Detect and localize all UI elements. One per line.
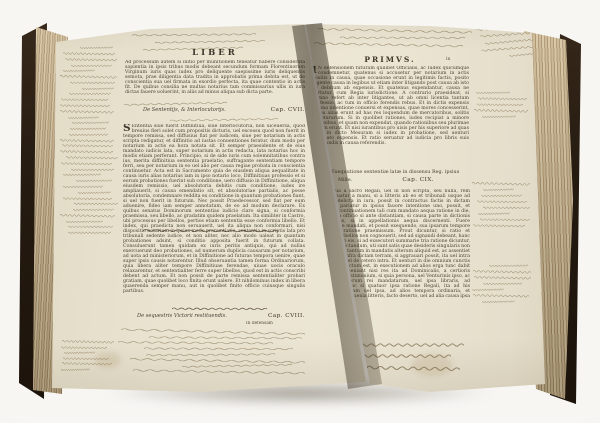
chapter-109-number: Cap. CIX. xyxy=(402,177,434,183)
chapter-108-number: Cap. CVIII. xyxy=(268,313,305,319)
right-opening-paragraph: IN defensionem futuram quilibet Official… xyxy=(312,66,469,163)
folio-mark: in xyxy=(446,57,466,62)
left-opening-paragraph: Ad processum autem si initio per munitio… xyxy=(125,60,305,99)
marginalia-left-column xyxy=(60,44,118,334)
chapter-108-subline: In defensam xyxy=(246,321,306,326)
reader-ink-overline-1 xyxy=(128,227,296,234)
marginalia-right-margin-2 xyxy=(472,180,532,256)
marginalia-interline-2 xyxy=(125,116,303,124)
marginalia-right-margin-3 xyxy=(472,262,532,330)
left-body-paragraph: SEntentia siue fuerit Diffinitiua, siue … xyxy=(123,124,305,309)
chapter-109-line2: Mille. xyxy=(338,177,352,183)
running-head-primus: PRIMVS. xyxy=(312,55,468,64)
paper-stain-left xyxy=(95,352,121,368)
chapter-108-title: De sequestris Victorii restituendis. xyxy=(137,313,227,319)
marginalia-top-right xyxy=(312,26,474,50)
chapter-107-number: Cap. CVII. xyxy=(271,107,305,113)
running-head-liber: LIBER xyxy=(125,48,305,58)
reader-ink-overline-2 xyxy=(168,305,292,312)
chapter-107-title: De Sententijs, & Interlocutorijs. xyxy=(143,107,226,113)
chapter-109-title: De Exequutione sententiæ latæ in dissens… xyxy=(318,169,464,176)
marginalia-right-margin-1 xyxy=(474,88,530,140)
book-photo: LIBER Ad processum autem si initio per m… xyxy=(0,0,600,423)
marginalia-bottom-left xyxy=(116,328,306,386)
paper-stain-right xyxy=(412,354,452,376)
